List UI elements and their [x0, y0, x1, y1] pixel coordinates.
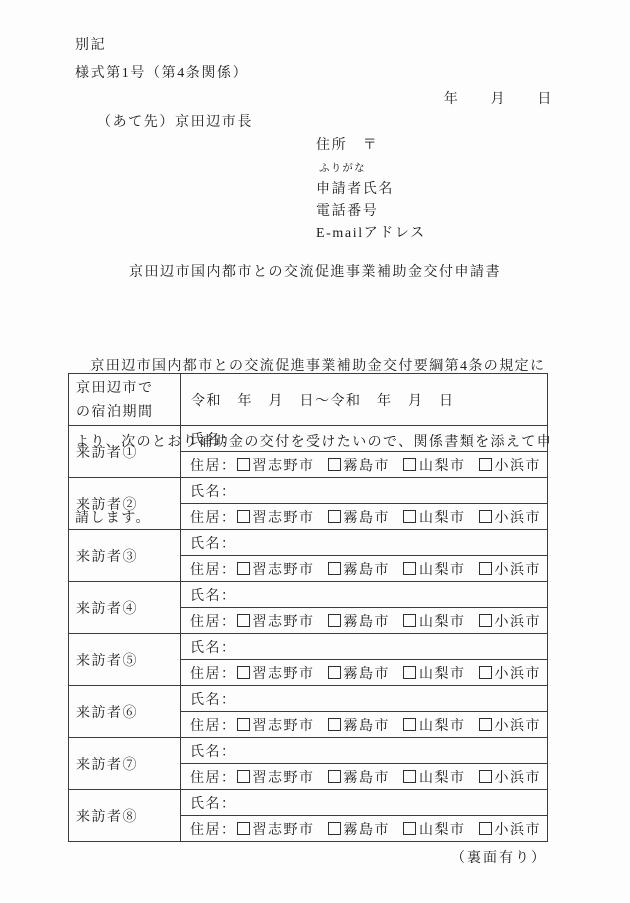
city-option: 習志野市 [237, 667, 315, 682]
residence-cell: 住居：習志野市霧島市山梨市小浜市 [181, 660, 548, 686]
name-label: 氏名： [190, 693, 237, 708]
visitor-label-8: 来訪者⑧ [69, 790, 181, 842]
visitor-label-3: 来訪者③ [69, 530, 181, 582]
table-row: 来訪者⑤ 氏名： [69, 634, 548, 660]
city-option: 霧島市 [328, 667, 391, 682]
checkbox-icon [479, 510, 492, 523]
residence-cell: 住居：習志野市霧島市山梨市小浜市 [181, 764, 548, 790]
stay-period-label: 京田辺市での宿泊期間 [69, 374, 181, 426]
city-option: 小浜市 [479, 511, 542, 526]
residence-label: 住居： [190, 719, 237, 734]
checkbox-icon [479, 458, 492, 471]
residence-label: 住居： [190, 563, 237, 578]
visitor-label-5: 来訪者⑤ [69, 634, 181, 686]
checkbox-icon [403, 822, 416, 835]
checkbox-icon [403, 562, 416, 575]
form-number: 様式第1号（第4条関係） [75, 62, 248, 82]
name-label: 氏名： [190, 537, 237, 552]
city-option: 山梨市 [403, 615, 466, 630]
residence-cell: 住居：習志野市霧島市山梨市小浜市 [181, 504, 548, 530]
city-option: 習志野市 [237, 511, 315, 526]
document-page: 別記 様式第1号（第4条関係） 年 月 日 （あて先）京田辺市長 住所 〒 ふり… [0, 0, 630, 903]
city-option: 山梨市 [403, 563, 466, 578]
visitor-label-1: 来訪者① [69, 426, 181, 478]
city-option: 山梨市 [403, 823, 466, 838]
applicant-name-label: 申請者氏名 [316, 178, 394, 198]
residence-cell: 住居：習志野市霧島市山梨市小浜市 [181, 712, 548, 738]
table-row: 来訪者⑧ 氏名： [69, 790, 548, 816]
checkbox-icon [479, 666, 492, 679]
email-label: E-mailアドレス [316, 222, 426, 242]
checkbox-icon [237, 822, 250, 835]
name-cell: 氏名： [181, 686, 548, 712]
residence-cell: 住居：習志野市霧島市山梨市小浜市 [181, 608, 548, 634]
table-row: 来訪者② 氏名： [69, 478, 548, 504]
furigana-label: ふりがな [319, 160, 366, 175]
checkbox-icon [328, 770, 341, 783]
city-option: 霧島市 [328, 719, 391, 734]
residence-label: 住居： [190, 667, 237, 682]
residence-cell: 住居：習志野市霧島市山梨市小浜市 [181, 556, 548, 582]
city-option: 小浜市 [479, 823, 542, 838]
residence-cell: 住居：習志野市霧島市山梨市小浜市 [181, 816, 548, 842]
checkbox-icon [328, 562, 341, 575]
visitor-label-2: 来訪者② [69, 478, 181, 530]
checkbox-icon [237, 458, 250, 471]
residence-label: 住居： [190, 459, 237, 474]
checkbox-icon [237, 614, 250, 627]
name-cell: 氏名： [181, 634, 548, 660]
addressee: （あて先）京田辺市長 [97, 111, 253, 131]
checkbox-icon [328, 614, 341, 627]
city-option: 霧島市 [328, 823, 391, 838]
date-line: 年 月 日 [444, 88, 553, 108]
city-option: 霧島市 [328, 459, 391, 474]
stay-period-value: 令和 年 月 日～令和 年 月 日 [181, 374, 548, 426]
city-option: 習志野市 [237, 459, 315, 474]
city-option: 小浜市 [479, 719, 542, 734]
city-option: 習志野市 [237, 823, 315, 838]
visitor-label-6: 来訪者⑥ [69, 686, 181, 738]
checkbox-icon [328, 718, 341, 731]
city-option: 習志野市 [237, 719, 315, 734]
checkbox-icon [237, 562, 250, 575]
name-label: 氏名： [190, 589, 237, 604]
attachment-note: 別記 [75, 34, 106, 54]
table-row-period: 京田辺市での宿泊期間 令和 年 月 日～令和 年 月 日 [69, 374, 548, 426]
checkbox-icon [328, 822, 341, 835]
table-row: 来訪者③ 氏名： [69, 530, 548, 556]
city-option: 山梨市 [403, 719, 466, 734]
residence-cell: 住居：習志野市霧島市山梨市小浜市 [181, 452, 548, 478]
checkbox-icon [237, 510, 250, 523]
checkbox-icon [403, 614, 416, 627]
address-label: 住所 〒 [316, 134, 378, 154]
residence-label: 住居： [190, 511, 237, 526]
city-option: 小浜市 [479, 563, 542, 578]
city-option: 習志野市 [237, 771, 315, 786]
city-option: 山梨市 [403, 667, 466, 682]
checkbox-icon [403, 458, 416, 471]
checkbox-icon [403, 510, 416, 523]
checkbox-icon [403, 718, 416, 731]
name-cell: 氏名： [181, 738, 548, 764]
document-title: 京田辺市国内都市との交流促進事業補助金交付申請書 [0, 261, 630, 281]
checkbox-icon [479, 822, 492, 835]
city-option: 小浜市 [479, 615, 542, 630]
city-option: 小浜市 [479, 771, 542, 786]
name-cell: 氏名： [181, 530, 548, 556]
visitor-label-4: 来訪者④ [69, 582, 181, 634]
name-label: 氏名： [190, 797, 237, 812]
city-option: 霧島市 [328, 615, 391, 630]
name-cell: 氏名： [181, 426, 548, 452]
name-cell: 氏名： [181, 478, 548, 504]
residence-label: 住居： [190, 771, 237, 786]
city-option: 山梨市 [403, 771, 466, 786]
checkbox-icon [237, 770, 250, 783]
visitor-table: 京田辺市での宿泊期間 令和 年 月 日～令和 年 月 日 来訪者① 氏名： 住居… [68, 373, 548, 842]
city-option: 小浜市 [479, 459, 542, 474]
table-row: 来訪者④ 氏名： [69, 582, 548, 608]
city-option: 山梨市 [403, 459, 466, 474]
city-option: 霧島市 [328, 563, 391, 578]
checkbox-icon [403, 666, 416, 679]
checkbox-icon [237, 666, 250, 679]
name-label: 氏名： [190, 641, 237, 656]
name-label: 氏名： [190, 485, 237, 500]
residence-label: 住居： [190, 823, 237, 838]
name-label: 氏名： [190, 433, 237, 448]
checkbox-icon [237, 718, 250, 731]
residence-label: 住居： [190, 615, 237, 630]
checkbox-icon [479, 562, 492, 575]
city-option: 小浜市 [479, 667, 542, 682]
table-row: 来訪者⑥ 氏名： [69, 686, 548, 712]
name-cell: 氏名： [181, 582, 548, 608]
checkbox-icon [328, 458, 341, 471]
back-side-note: （裏面有り） [451, 847, 547, 867]
city-option: 習志野市 [237, 563, 315, 578]
city-option: 霧島市 [328, 771, 391, 786]
checkbox-icon [479, 614, 492, 627]
checkbox-icon [479, 770, 492, 783]
phone-label: 電話番号 [316, 200, 378, 220]
checkbox-icon [479, 718, 492, 731]
city-option: 霧島市 [328, 511, 391, 526]
city-option: 山梨市 [403, 511, 466, 526]
name-label: 氏名： [190, 745, 237, 760]
checkbox-icon [403, 770, 416, 783]
checkbox-icon [328, 666, 341, 679]
table-row: 来訪者⑦ 氏名： [69, 738, 548, 764]
visitor-label-7: 来訪者⑦ [69, 738, 181, 790]
table-row: 来訪者① 氏名： [69, 426, 548, 452]
city-option: 習志野市 [237, 615, 315, 630]
checkbox-icon [328, 510, 341, 523]
name-cell: 氏名： [181, 790, 548, 816]
